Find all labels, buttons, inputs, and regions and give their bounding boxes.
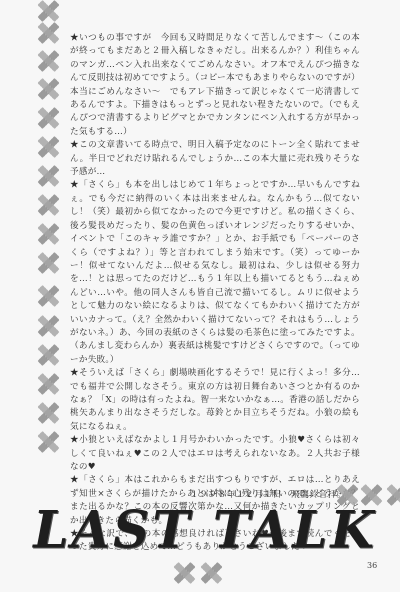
paragraph: ★いつもの事ですが 今回も又時間足りなくて苦しんでます〜（この本が終ってもまだあ… — [70, 32, 360, 139]
page-number: 36 — [367, 561, 377, 570]
x-mark-icon — [37, 285, 59, 307]
x-mark-icon — [37, 22, 59, 44]
x-mark-icon — [37, 194, 59, 216]
paragraph: ★「さくら」も本を出しはじめて１年ちょっとですか…早いもんですねぇ。でも今だに納… — [70, 179, 360, 367]
x-mark-icon — [37, 315, 59, 337]
x-mark-icon — [37, 252, 59, 274]
paragraph: ★そういえば「さくら」劇場映画化するそうで！見に行くよっ！多分…でも福井で公開し… — [70, 367, 360, 434]
manga-afterword-page: ★いつもの事ですが 今回も又時間足りなくて苦しんでます〜（この本が終ってもまだあ… — [0, 0, 400, 592]
page-title: LAST TALK — [20, 499, 390, 559]
afterword-body: ★いつもの事ですが 今回も又時間足りなくて苦しんでます〜（この本が終ってもまだあ… — [70, 32, 360, 555]
paragraph: ★小狼といえばなかよし１月号かわいかったです。小狼♥さくらは初々しくて良いねぇ♥… — [70, 434, 360, 474]
x-mark-icon — [37, 165, 59, 187]
x-mark-icon — [37, 402, 59, 424]
x-mark-icon — [37, 0, 59, 22]
x-mark-icon — [37, 136, 59, 158]
x-mark-icon — [37, 50, 59, 72]
x-mark-icon — [37, 344, 59, 366]
x-mark-icon — [37, 373, 59, 395]
x-mark-icon — [37, 78, 59, 100]
x-mark-icon — [173, 562, 195, 584]
x-mark-icon — [200, 562, 222, 584]
x-mark-icon — [37, 431, 59, 453]
x-mark-icon — [37, 107, 59, 129]
paragraph: ★この文章書いてる時点で、明日入稿予定なのにトーン全く貼れてません。半日でどれだ… — [70, 139, 360, 179]
signature-date: １９９８年１２月１日 飛鷹鈴音拝。 — [190, 488, 346, 500]
x-mark-icon — [37, 223, 59, 245]
